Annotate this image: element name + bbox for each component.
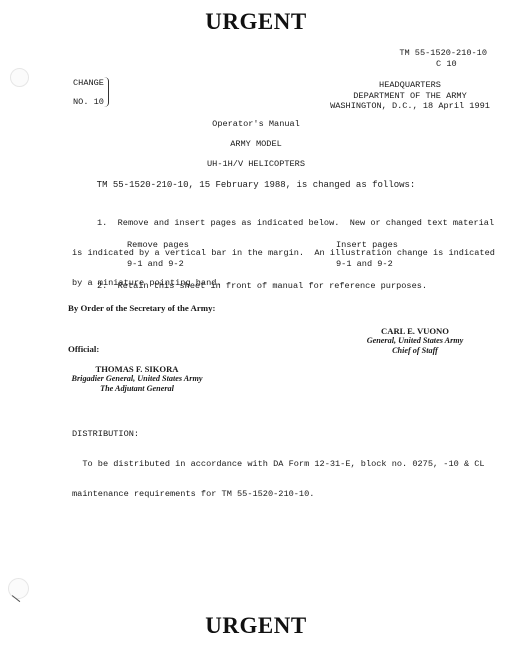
distribution-line-2: maintenance requirements for TM 55-1520-…: [72, 489, 485, 499]
chief-signature-block: CARL E. VUONO General, United States Arm…: [330, 326, 500, 356]
distribution-heading: DISTRIBUTION:: [72, 429, 485, 439]
instruction-1-line-1: 1. Remove and insert pages as indicated …: [72, 218, 495, 228]
adjutant-title-1: Brigadier General, United States Army: [62, 374, 212, 384]
urgent-banner-bottom: URGENT: [0, 612, 512, 640]
by-order-line: By Order of the Secretary of the Army:: [68, 303, 215, 314]
title-manual: Operator's Manual: [0, 119, 512, 129]
tm-number: TM 55-1520-210-10: [399, 48, 487, 58]
adjutant-name: THOMAS F. SIKORA: [62, 364, 212, 374]
title-model: ARMY MODEL: [0, 139, 512, 149]
insert-pages-value: 9-1 and 9-2: [336, 259, 393, 269]
change-bracket: [104, 77, 109, 107]
urgent-banner-top: URGENT: [0, 8, 512, 36]
title-aircraft: UH-1H/V HELICOPTERS: [0, 159, 512, 169]
distribution-block: DISTRIBUTION: To be distributed in accor…: [72, 409, 485, 509]
issuer-line-headquarters: HEADQUARTERS: [320, 80, 500, 91]
change-label: CHANGE: [73, 78, 104, 88]
remove-pages-value: 9-1 and 9-2: [127, 259, 184, 269]
change-code: C 10: [436, 59, 457, 69]
issuer-line-location-date: WASHINGTON, D.C., 18 April 1991: [320, 101, 500, 112]
punch-hole-top: [10, 68, 29, 87]
official-label: Official:: [68, 344, 99, 355]
distribution-line-1: To be distributed in accordance with DA …: [72, 459, 485, 469]
issuer-block: HEADQUARTERS DEPARTMENT OF THE ARMY WASH…: [320, 80, 500, 112]
header-insert-pages: Insert pages: [336, 240, 398, 250]
instruction-2: 2. Retain this sheet in front of manual …: [97, 281, 427, 291]
chief-title-2: Chief of Staff: [330, 346, 500, 356]
change-number: NO. 10: [73, 97, 104, 107]
issuer-line-department: DEPARTMENT OF THE ARMY: [320, 91, 500, 102]
header-remove-pages: Remove pages: [127, 240, 189, 250]
pages-table: Remove pages Insert pages 9-1 and 9-2 9-…: [127, 240, 427, 280]
chief-title-1: General, United States Army: [330, 336, 500, 346]
intro-statement: TM 55-1520-210-10, 15 February 1988, is …: [0, 180, 512, 191]
chief-name: CARL E. VUONO: [330, 326, 500, 336]
adjutant-title-2: The Adjutant General: [62, 384, 212, 394]
adjutant-signature-block: THOMAS F. SIKORA Brigadier General, Unit…: [62, 364, 212, 394]
